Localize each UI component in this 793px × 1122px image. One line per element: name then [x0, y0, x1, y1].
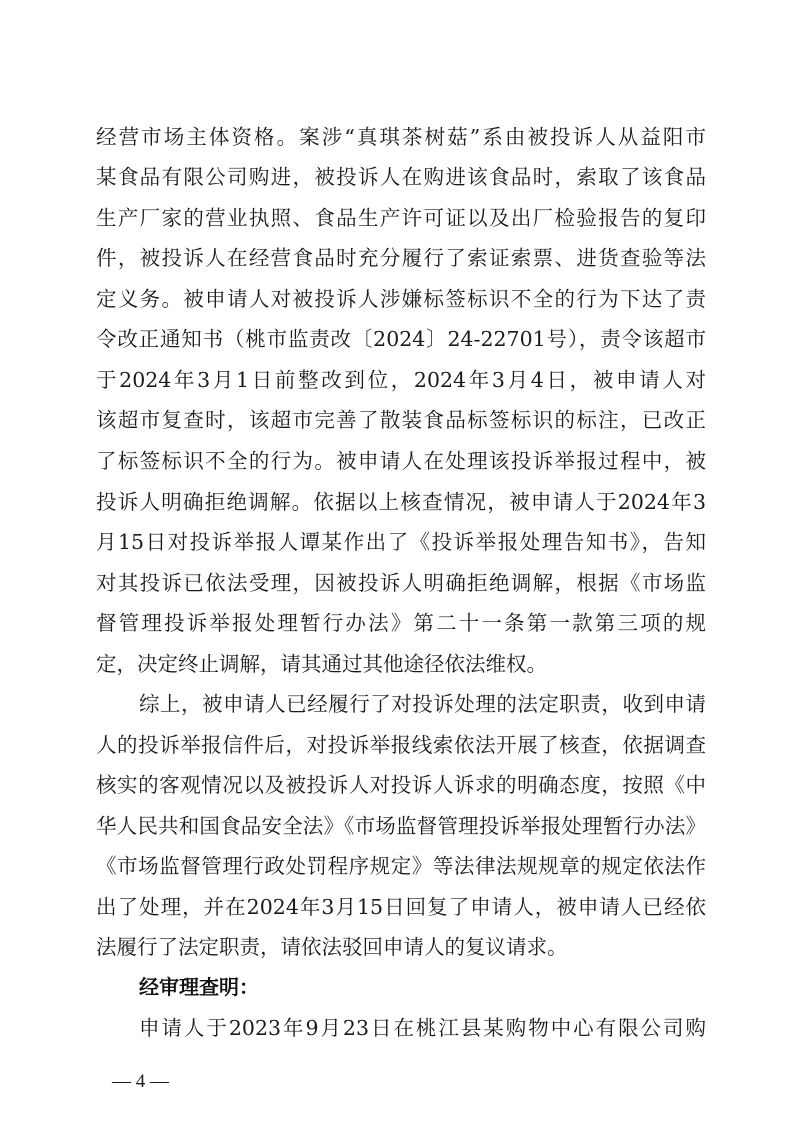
text-line: 该超市复查时，该超市完善了散装食品标签标识的标注，已改正	[96, 405, 706, 435]
text-line: 对其投诉已依法受理，因被投诉人明确拒绝调解，根据《市场监	[96, 568, 706, 598]
text-line: 定义务。被申请人对被投诉人涉嫌标签标识不全的行为下达了责	[96, 284, 706, 314]
text-line: 法履行了法定职责，请依法驳回申请人的复议请求。	[96, 932, 706, 962]
text-line: 经营市场主体资格。案涉“真琪茶树菇”系由被投诉人从益阳市	[96, 122, 706, 152]
text-line: 某食品有限公司购进，被投诉人在购进该食品时，索取了该食品	[96, 162, 706, 192]
text-line: 月15日对投诉举报人谭某作出了《投诉举报处理告知书》，告知	[96, 527, 706, 557]
page-number: — 4 —	[112, 1070, 169, 1094]
text-line: 令改正通知书（桃市监责改〔2024〕24-22701号），责令该超市	[96, 324, 706, 354]
text-line: 件，被投诉人在经营食品时充分履行了索证索票、进货查验等法	[96, 243, 706, 273]
text-line: 督管理投诉举报处理暂行办法》第二十一条第一款第三项的规	[96, 608, 706, 638]
text-line: 综上，被申请人已经履行了对投诉处理的法定职责，收到申请	[139, 689, 706, 719]
text-line: 申请人于2023年9月23日在桃江县某购物中心有限公司购	[139, 1013, 706, 1043]
text-line: 定，决定终止调解，请其通过其他途径依法维权。	[96, 649, 706, 679]
text-line: 生产厂家的营业执照、食品生产许可证以及出厂检验报告的复印	[96, 203, 706, 233]
text-line: 核实的客观情况以及被投诉人对投诉人诉求的明确态度，按照《中	[96, 770, 706, 800]
text-line: 出了处理，并在2024年3月15日回复了申请人，被申请人已经依	[96, 892, 706, 922]
text-line: 人的投诉举报信件后，对投诉举报线索依法开展了核查，依据调查	[96, 730, 706, 760]
document-page: 经营市场主体资格。案涉“真琪茶树菇”系由被投诉人从益阳市 某食品有限公司购进，被…	[0, 0, 793, 1122]
text-line: 了标签标识不全的行为。被申请人在处理该投诉举报过程中，被	[96, 446, 706, 476]
text-line: 华人民共和国食品安全法》《市场监督管理投诉举报处理暂行办法》	[96, 811, 706, 841]
text-line: 于2024年3月1日前整改到位，2024年3月4日，被申请人对	[96, 365, 706, 395]
text-line: 《市场监督管理行政处罚程序规定》等法律法规规章的规定依法作	[96, 851, 706, 881]
section-heading: 经审理查明：	[139, 972, 259, 1002]
text-line: 投诉人明确拒绝调解。依据以上核查情况，被申请人于2024年3	[96, 487, 706, 517]
